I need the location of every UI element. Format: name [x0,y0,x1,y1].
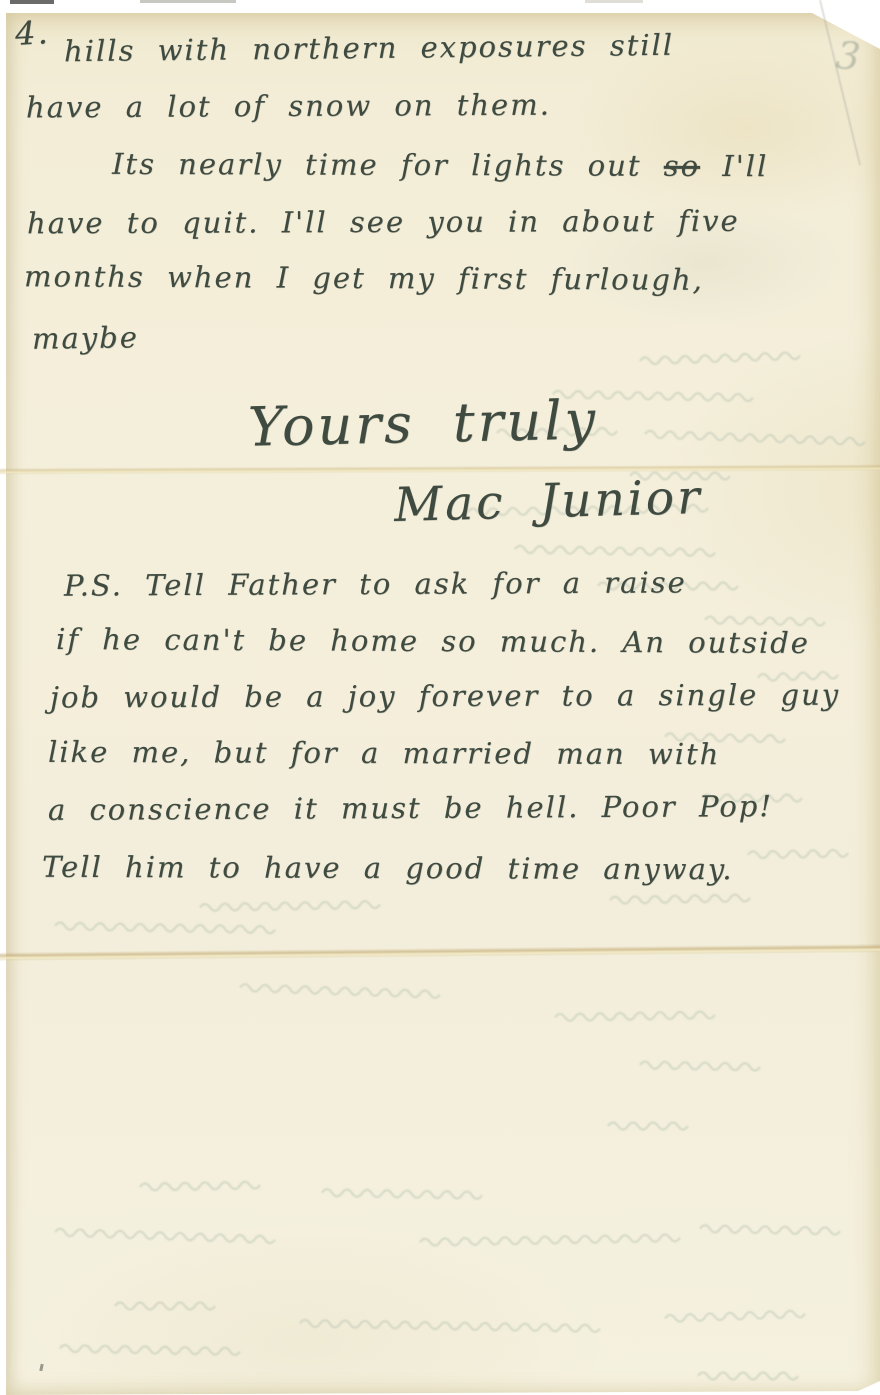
signature: Mac Junior [393,470,703,534]
postscript-line-3: job would be a joy forever to a single g… [50,678,840,716]
postscript-line-1: P.S. Tell Father to ask for a raise [64,565,687,603]
body-line-5: months when I get my first furlough, [24,259,704,297]
postscript-line-5: a conscience it must be hell. Poor Pop! [48,789,773,828]
page-number: 4. [14,13,50,53]
body-line-3-pre: Its nearly time for lights out [112,147,664,183]
postscript-line-6: Tell him to have a good time anyway. [42,850,734,887]
closing-line: Yours truly [247,388,598,460]
body-line-4: have to quit. I'll see you in about five [27,204,740,241]
body-line-3: Its nearly time for lights out so I'll [112,147,768,184]
handwriting-layer: 4. hills with northern exposures still h… [0,0,880,1395]
crossed-out-word: so [664,149,700,183]
body-line-2: have a lot of snow on them. [26,88,551,126]
body-line-6: maybe [32,320,139,356]
postscript-line-4: like me, but for a married man with [48,735,720,772]
body-line-1: hills with northern exposures still [64,28,674,69]
postscript-line-2: if he can't be home so much. An outside [56,622,810,661]
body-line-3-post: I'll [700,149,768,183]
scanned-letter-page: 3 4. hills with northern exposures still… [0,0,880,1395]
